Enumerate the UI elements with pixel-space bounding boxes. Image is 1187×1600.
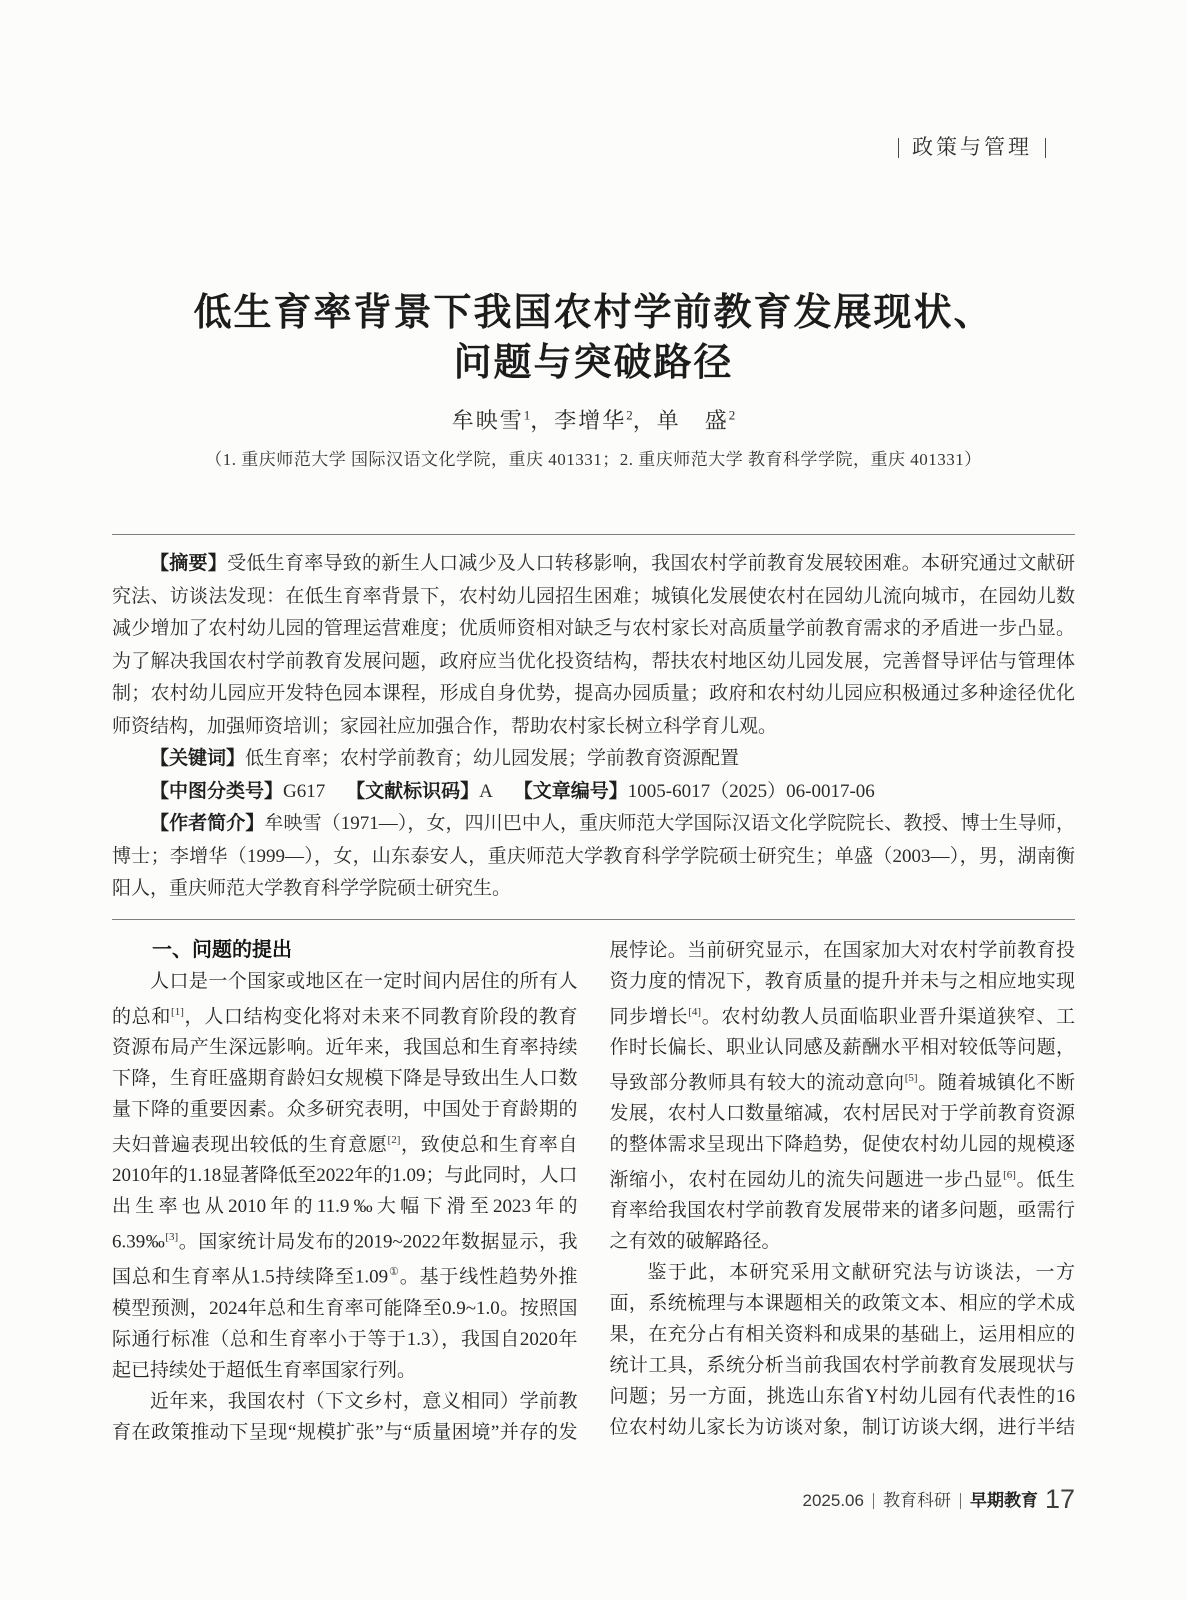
author-bio-label: 【作者简介】 <box>150 813 264 834</box>
author-name: 牟映雪 <box>452 408 524 433</box>
article-title-line1: 低生育率背景下我国农村学前教育发展现状、 <box>112 288 1075 338</box>
keywords-line: 【关键词】低生育率；农村学前教育；幼儿园发展；学前教育资源配置 <box>112 743 1075 776</box>
article-title-line2: 问题与突破路径 <box>112 338 1075 388</box>
footer-page-number: 17 <box>1045 1484 1075 1514</box>
author-affil-mark: 2 <box>729 408 736 423</box>
abstract-label: 【摘要】 <box>150 553 227 574</box>
article-id-label: 【文章编号】 <box>514 781 628 802</box>
abstract-paragraph: 【摘要】受低生育率导致的新生人口减少及人口转移影响，我国农村学前教育发展较困难。… <box>112 548 1075 743</box>
article-id-value: 1005-6017（2025）06-0017-06 <box>628 781 875 802</box>
footer-section: 教育科研 <box>883 1491 951 1510</box>
author-name: 李增华 <box>554 408 626 433</box>
author-name: 单 盛 <box>657 408 729 433</box>
footer-journal-name: 早期教育 <box>970 1491 1038 1510</box>
doc-code-value: A <box>479 781 493 802</box>
identifiers-line: 【中图分类号】G617【文献标识码】A【文章编号】1005-6017（2025）… <box>112 776 1075 809</box>
clc-group: 【中图分类号】G617 <box>150 781 325 802</box>
article-id-group: 【文章编号】1005-6017（2025）06-0017-06 <box>514 781 875 802</box>
divider-bar-icon <box>1045 138 1046 158</box>
body-two-columns: 一、问题的提出 人口是一个国家或地区在一定时间内居住的所有人的总和[1]，人口结… <box>112 935 1075 1465</box>
divider-bar-icon <box>898 138 899 158</box>
article-meta-block: 【摘要】受低生育率导致的新生人口减少及人口转移影响，我国农村学前教育发展较困难。… <box>112 548 1075 906</box>
keywords-text: 低生育率；农村学前教育；幼儿园发展；学前教育资源配置 <box>245 748 739 769</box>
journal-page: 政策与管理 低生育率背景下我国农村学前教育发展现状、 问题与突破路径 牟映雪1，… <box>0 0 1187 1600</box>
author-bio-paragraph: 【作者简介】牟映雪（1971—），女，四川巴中人，重庆师范大学国际汉语文化学院院… <box>112 808 1075 906</box>
affiliation-line: （1. 重庆师范大学 国际汉语文化学院，重庆 401331；2. 重庆师范大学 … <box>112 445 1075 470</box>
authors-line: 牟映雪1，李增华2，单 盛2 <box>112 404 1075 435</box>
divider-rule <box>112 919 1075 920</box>
page-footer: 2025.06教育科研早期教育17 <box>803 1484 1076 1515</box>
body-paragraph: 人口是一个国家或地区在一定时间内居住的所有人的总和[1]，人口结构变化将对未来不… <box>112 966 578 1386</box>
doc-code-group: 【文献标识码】A <box>346 781 493 802</box>
abstract-text: 受低生育率导致的新生人口减少及人口转移影响，我国农村学前教育发展较困难。本研究通… <box>112 553 1075 737</box>
divider-bar-icon <box>873 1493 874 1509</box>
author-separator: ， <box>530 408 554 433</box>
clc-label: 【中图分类号】 <box>150 781 283 802</box>
keywords-label: 【关键词】 <box>150 748 245 769</box>
divider-rule <box>112 534 1075 535</box>
clc-value: G617 <box>283 781 325 802</box>
divider-bar-icon <box>960 1493 961 1509</box>
section-heading-1: 一、问题的提出 <box>112 935 578 966</box>
footer-issue: 2025.06 <box>803 1491 864 1510</box>
author-separator: ， <box>633 408 657 433</box>
doc-code-label: 【文献标识码】 <box>346 781 479 802</box>
column-section-label: 政策与管理 <box>912 135 1032 159</box>
column-section-tag: 政策与管理 <box>885 131 1059 161</box>
article-title: 低生育率背景下我国农村学前教育发展现状、 问题与突破路径 <box>112 0 1075 388</box>
